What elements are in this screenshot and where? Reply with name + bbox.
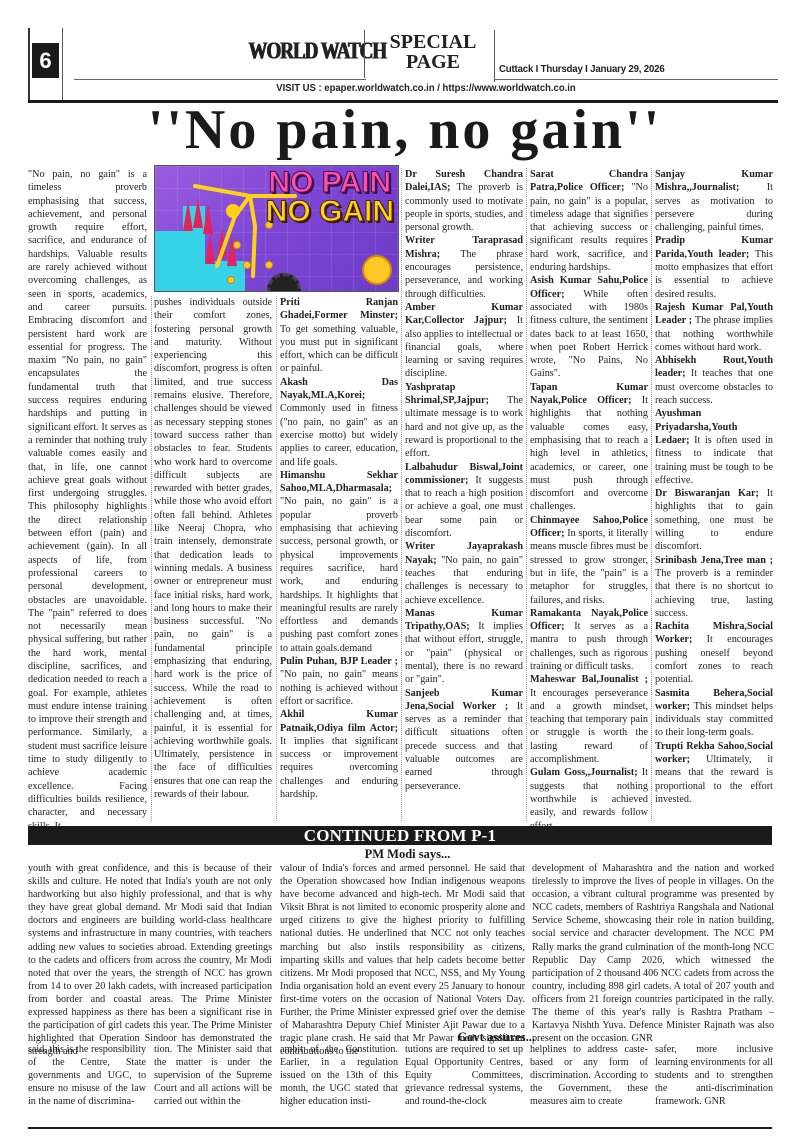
page-bottom-rule: [28, 1127, 772, 1129]
column-divider: [526, 168, 527, 821]
quote-item: Himanshu Sekhar Sahoo,MLA,Dharmasala; "N…: [280, 469, 398, 655]
quote-author: Akash Das Nayak,MLA,Korei;: [280, 377, 398, 401]
quote-item: Pulin Puhan, BJP Leader ; "No pain, no g…: [280, 655, 398, 708]
illustration-title: NO PAIN NO GAIN: [266, 168, 394, 226]
quote-item: Abhisekh Rout,Youth leader; It teaches t…: [655, 354, 773, 407]
quote-item: Dr Biswaranjan Kar; It highlights that t…: [655, 487, 773, 553]
column-divider: [401, 168, 402, 821]
masthead-rule-right: [494, 79, 778, 80]
world-watch-logo: WORLD WATCH: [248, 39, 356, 77]
govt-column-1: said, this is the responsibility of the …: [28, 1043, 146, 1108]
date-divider: [494, 30, 495, 82]
quote-item: Yashpratap Shrimal,SP,Jajpur; The ultima…: [405, 381, 523, 461]
govt-column-4: tutions are required to set up Equal Opp…: [405, 1043, 523, 1108]
quotes-column-4: Dr Suresh Chandra Dalei,IAS; The proverb…: [405, 168, 523, 793]
quote-item: Priti Ranjan Ghadei,Former Minster; To g…: [280, 296, 398, 376]
pm-modi-column-3: development of Maharashtra and the natio…: [532, 862, 774, 1045]
quotes-column-5: Sarat Chandra Patra,Police Officer; "No …: [530, 168, 648, 833]
quote-author: Himanshu Sekhar Sahoo,MLA,Dharmasala;: [280, 470, 398, 494]
govt-column-5: helplines to address caste-based or any …: [530, 1043, 648, 1108]
quote-item: Writer Jayaprakash Nayak; "No pain, no g…: [405, 540, 523, 606]
quote-item: Sanjeeb Kumar Jena,Social Worker ; It se…: [405, 687, 523, 793]
govt-column-3: ambit of the Constitution. Earlier, in a…: [280, 1043, 398, 1108]
govt-column-2: tion. The Minister said that the matter …: [154, 1043, 272, 1108]
quote-author: Dr Biswaranjan Kar;: [655, 488, 759, 499]
quote-item: Manas Kumar Tripathy,OAS; It implies tha…: [405, 607, 523, 687]
quote-item: Srinibash Jena,Tree man ; The proverb is…: [655, 554, 773, 620]
pm-modi-subheadline: PM Modi says...: [280, 847, 535, 862]
quote-author: Akhil Kumar Patnaik,Odiya film Actor;: [280, 709, 398, 733]
quote-author: Gulam Goss,,Journalist;: [530, 767, 638, 778]
quote-item: Lalbahudur Biswal,Joint commissioner; It…: [405, 461, 523, 541]
masthead: 6 WORLD WATCH SPECIAL PAGE Cuttack I Thu…: [28, 28, 778, 100]
page-headline: ''No pain, no gain'': [20, 101, 790, 159]
quote-item: Gulam Goss,,Journalist; It suggests that…: [530, 766, 648, 832]
coin-icon: [362, 255, 392, 285]
quote-item: Trupti Rekha Sahoo,Social worker; Ultima…: [655, 740, 773, 806]
quote-item: Akash Das Nayak,MLA,Korei; Commonly used…: [280, 376, 398, 469]
section-label-line2: PAGE: [373, 52, 493, 72]
quote-item: Pradip Kumar Parida,Youth leader; This m…: [655, 234, 773, 300]
quote-item: Ramakanta Nayak,Police Officer; It serve…: [530, 607, 648, 673]
quote-item: Ayushman Priyadarsha,Youth Ledaer; It is…: [655, 407, 773, 487]
quote-author: Amber Kumar Kar,Collector Jajpur;: [405, 302, 523, 326]
quote-item: Sarat Chandra Patra,Police Officer; "No …: [530, 168, 648, 274]
govt-column-6: safer, more inclusive learning environme…: [655, 1043, 773, 1108]
article-column-1: "No pain, no gain" is a timeless proverb…: [28, 168, 147, 833]
quote-item: Akhil Kumar Patnaik,Odiya film Actor; It…: [280, 708, 398, 801]
masthead-left-rule: [28, 28, 30, 100]
pm-modi-column-1: youth with great confidence, and this is…: [28, 862, 272, 1058]
quote-item: Sasmita Behera,Social worker; This minds…: [655, 687, 773, 740]
quote-author: Priti Ranjan Ghadei,Former Minster;: [280, 297, 398, 321]
section-label: SPECIAL PAGE: [373, 32, 493, 72]
quote-item: Maheswar Bal,Jounalist ; It encourages p…: [530, 673, 648, 766]
no-pain-no-gain-illustration: NO PAIN NO GAIN: [154, 165, 399, 292]
article-column-2: pushes individuals outside their comfort…: [154, 296, 272, 801]
pm-modi-column-2: valour of India's forces and armed perso…: [280, 862, 525, 1058]
quote-author: Tapan Kumar Nayak,Police Officer;: [530, 382, 648, 406]
continued-from-banner: CONTINUED FROM P-1: [28, 826, 772, 845]
article-text: "No pain, no gain" is a timeless proverb…: [28, 168, 147, 833]
quote-item: Amber Kumar Kar,Collector Jajpur; It als…: [405, 301, 523, 381]
column-divider: [651, 168, 652, 821]
masthead-inner-rule: [62, 28, 63, 100]
quotes-column-6: Sanjay Kumar Mishra,,Journalist; It serv…: [655, 168, 773, 806]
quote-item: Rajesh Kumar Pal,Youth Leader ; The phra…: [655, 301, 773, 354]
column-divider: [151, 296, 152, 821]
quote-item: Writer Taraprasad Mishra; The phrase enc…: [405, 234, 523, 300]
dateline: Cuttack I Thursday I January 29, 2026: [499, 63, 665, 75]
quote-item: Asish Kumar Sahu,Police Officer; While o…: [530, 274, 648, 380]
section-label-line1: SPECIAL: [373, 32, 493, 52]
quote-item: Tapan Kumar Nayak,Police Officer; It hig…: [530, 381, 648, 514]
masthead-rule-left: [74, 79, 366, 80]
visit-us-link-line[interactable]: VISIT US : epaper.worldwatch.co.in / htt…: [92, 83, 761, 94]
quote-author: Srinibash Jena,Tree man ;: [655, 555, 773, 566]
quote-author: Sanjeeb Kumar Jena,Social Worker ;: [405, 688, 523, 712]
quotes-column-3: Priti Ranjan Ghadei,Former Minster; To g…: [280, 296, 398, 801]
quote-item: Chinmayee Sahoo,Police Officer; In sport…: [530, 514, 648, 607]
article-text: pushes individuals outside their comfort…: [154, 296, 272, 801]
logo-divider: [364, 30, 365, 78]
column-divider: [276, 296, 277, 821]
quote-item: Dr Suresh Chandra Dalei,IAS; The proverb…: [405, 168, 523, 234]
page-number: 6: [32, 43, 59, 78]
quote-author: Maheswar Bal,Jounalist ;: [530, 674, 648, 685]
quote-item: Sanjay Kumar Mishra,,Journalist; It serv…: [655, 168, 773, 234]
quote-item: Rachita Mishra,Social Worker; It encoura…: [655, 620, 773, 686]
quote-author: Yashpratap Shrimal,SP,Jajpur;: [405, 382, 489, 406]
quote-author: Pulin Puhan, BJP Leader ;: [280, 656, 398, 667]
